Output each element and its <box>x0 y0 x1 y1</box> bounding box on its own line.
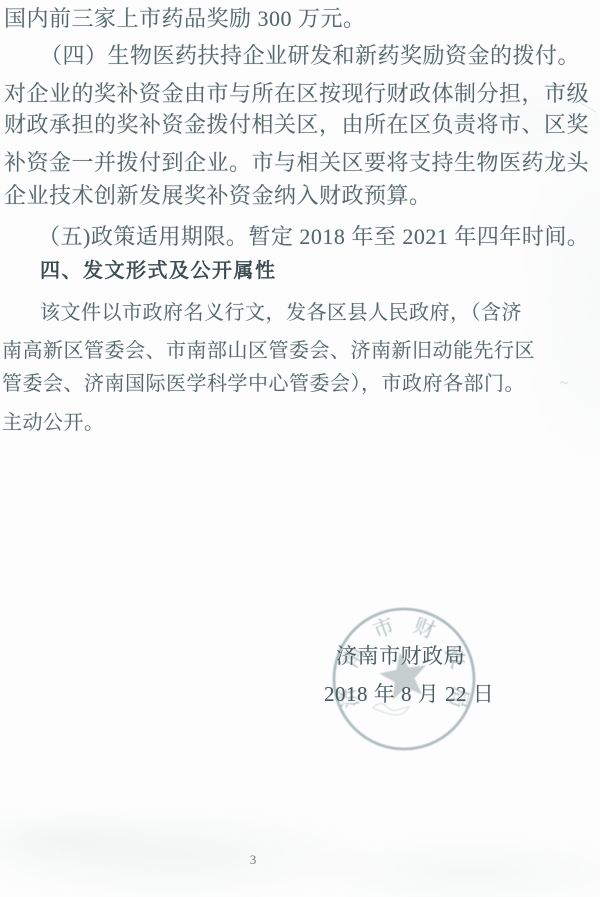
doc-line-12: 主动公开。 <box>2 410 105 436</box>
doc-line-7: （五)政策适用期限。暂定 2018 年至 2021 年四年时间。 <box>38 224 589 250</box>
doc-line-11: 管委会、济南国际医学科学中心管委会），市政府各部门。 <box>2 371 525 397</box>
seal-ring-char: 市 <box>369 613 397 643</box>
section-heading: 四、发文形式及公开属性 <box>40 258 277 284</box>
doc-line-5: 补资金一并拨付到企业。市与相关区要将支持生物医药龙头 <box>4 150 589 176</box>
scanned-document-page: ~ 国内前三家上市药品奖励 300 万元。 （四）生物医药扶持企业研发和新药奖励… <box>0 0 600 897</box>
doc-line-10: 南高新区管委会、市南部山区管委会、济南新旧动能先行区 <box>2 338 535 364</box>
doc-line-1: 国内前三家上市药品奖励 300 万元。 <box>4 6 366 32</box>
seal-ring-char: 财 <box>410 613 438 643</box>
doc-line-6: 企业技术创新发展奖补资金纳入财政预算。 <box>4 183 432 209</box>
signature-org: 济南市财政局 <box>336 644 465 669</box>
doc-line-3: 对企业的奖补资金由市与所在区按现行财政体制分担，市级 <box>4 81 589 107</box>
signature-date: 2018 年 8 月 22 日 <box>324 682 494 707</box>
doc-line-9: 该文件以市政府名义行文，发各区县人民政府，（含济 <box>40 300 522 326</box>
official-seal: 济 南 市 财 政 局 <box>329 604 479 754</box>
doc-line-2: （四）生物医药扶持企业研发和新药奖励资金的拨付。 <box>40 43 580 69</box>
scan-stray-mark: ~ <box>560 376 568 393</box>
doc-line-4: 财政承担的奖补资金拨付相关区，由所在区负责将市、区奖 <box>4 112 589 138</box>
page-number: 3 <box>240 852 266 868</box>
